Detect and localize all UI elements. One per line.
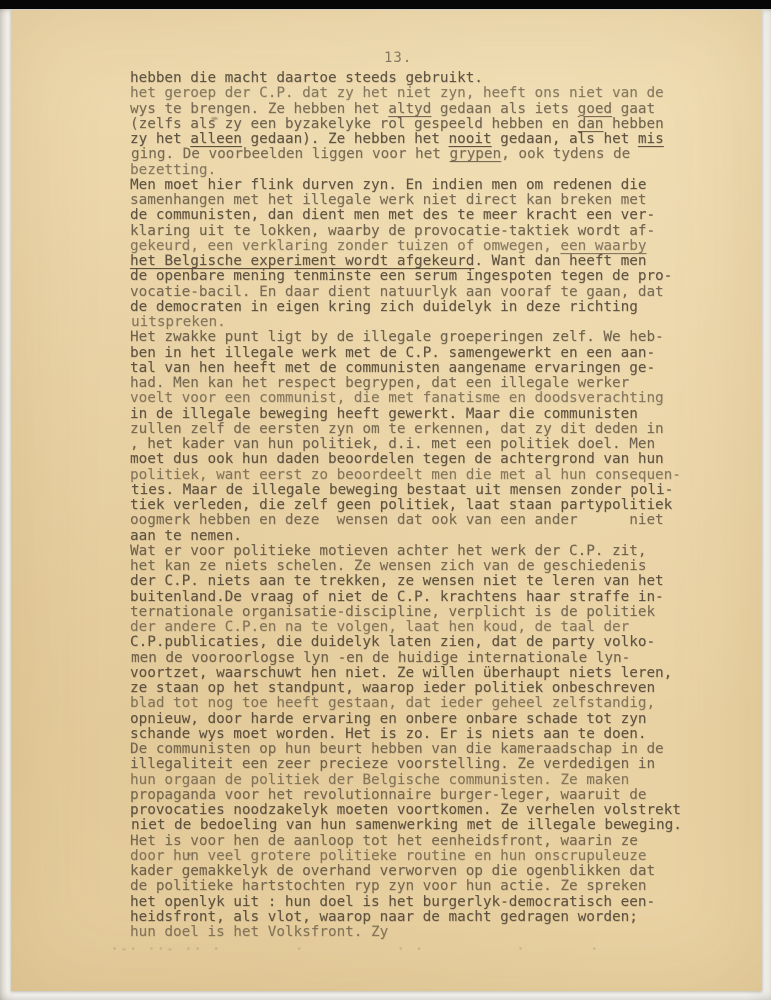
text-line: opnieuw, door harde ervaring en onbere o… xyxy=(130,712,705,727)
text-line: moet dus ook hun daden beoordelen tegen … xyxy=(130,452,705,467)
text-line: ging. De voorbeelden liggen voor het gry… xyxy=(131,147,706,162)
text-line: der andere C.P.en na te volgen, laat hen… xyxy=(130,620,705,635)
text-line: der C.P. niets aan te trekken, ze wensen… xyxy=(130,574,705,589)
text-line: provocaties noodzakelyk moeten voortkome… xyxy=(130,803,705,818)
text-line: ties. Maar de illegale beweging bestaat … xyxy=(131,483,706,498)
text-line: gekeurd, een verklaring zonder tuizen of… xyxy=(130,239,705,254)
text-line: Het is voor hen de aanloop tot het eenhe… xyxy=(130,834,705,849)
text-line: de democraten in eigen kring zich duidel… xyxy=(130,300,705,315)
text-line: samenhangen met het illegale werk niet d… xyxy=(130,193,705,208)
text-line: schande wys moet worden. Het is zo. Er i… xyxy=(130,727,705,742)
text-line: klaring uit te lokken, waarby de provoca… xyxy=(130,224,705,239)
text-line: de openbare mening tenminste een serum i… xyxy=(130,269,705,284)
text-line: propaganda voor het revolutionnaire burg… xyxy=(130,788,705,803)
text-line: Men moet hier flink durven zyn. En indie… xyxy=(130,178,705,193)
text-line: aan te nemen. xyxy=(130,529,705,544)
text-line: de politieke hartstochten ryp zyn voor h… xyxy=(130,879,705,894)
text-line: politiek, want eerst zo beoordeelt men d… xyxy=(130,468,705,483)
text-line: blad tot nog toe heeft gestaan, dat iede… xyxy=(130,696,705,711)
text-line: bezetting. xyxy=(130,163,705,178)
scan-edge-top xyxy=(0,0,771,9)
text-line: hun orgaan de politiek der Belgische com… xyxy=(130,773,705,788)
text-line: tal van hen heeft met de communisten aan… xyxy=(130,361,705,376)
paper-speck xyxy=(211,117,218,120)
text-line: C.P.publicaties, die duidelyk laten zien… xyxy=(130,635,705,650)
text-line: het Belgische experiment wordt afgekeurd… xyxy=(130,254,705,269)
page-number: 13. xyxy=(384,50,412,66)
text-line: men de vooroorlogse lyn -en de huidige i… xyxy=(131,651,706,666)
text-line: illegaliteit een zeer precieze voorstell… xyxy=(130,757,705,772)
text-line: voortzet, waarschuwt hen niet. Ze willen… xyxy=(130,666,705,681)
text-line: het geroep der C.P. dat zy het niet zyn,… xyxy=(130,86,705,101)
text-line: ze staan op het standpunt, waarop ieder … xyxy=(130,681,705,696)
text-line: kader gemakkelyk de overhand verworven o… xyxy=(130,864,705,879)
ink-smudge: ·-· ··- ·· · · · · · · xyxy=(111,942,671,956)
text-line: ternationale organisatie-discipline, ver… xyxy=(130,605,705,620)
text-line: oogmerk hebben en deze wensen dat ook va… xyxy=(130,513,705,528)
text-line: het kan ze niets schelen. Ze wensen zich… xyxy=(130,559,705,574)
text-line: tiek verleden, die zelf geen politiek, l… xyxy=(130,498,705,513)
paper-speck xyxy=(466,180,469,183)
text-line: ben in het illegale werk met de C.P. sam… xyxy=(130,346,705,361)
text-line: zy het alleen gedaan). Ze hebben het noo… xyxy=(130,132,705,147)
text-line: heidsfront, als vlot, waarop naar de mac… xyxy=(130,910,705,925)
text-line: Het zwakke punt ligt by de illegale groe… xyxy=(130,330,705,345)
text-line: , het kader van hun politiek, d.i. met e… xyxy=(130,437,705,452)
text-line: de communisten, dan dient men met des te… xyxy=(130,208,705,223)
scan-canvas: 13. hebben die macht daartoe steeds gebr… xyxy=(0,0,771,1000)
text-line: door hun veel grotere politieke routine … xyxy=(130,849,705,864)
text-line: in de illegale beweging heeft gewerkt. M… xyxy=(130,407,705,422)
text-line: De communisten op hun beurt hebben van d… xyxy=(130,742,705,757)
text-line: vocatie-bacil. En daar dient natuurlyk a… xyxy=(130,285,705,300)
text-line: voelt voor een communist, die met fanati… xyxy=(130,391,705,406)
document-page: 13. hebben die macht daartoe steeds gebr… xyxy=(11,10,762,991)
text-line: niet de bedoeling van hun samenwerking m… xyxy=(131,818,706,833)
text-line: uitspreken. xyxy=(131,315,706,330)
text-line: had. Men kan het respect begrypen, dat e… xyxy=(130,376,705,391)
text-line: hebben die macht daartoe steeds gebruikt… xyxy=(130,71,705,86)
text-line: het openlyk uit : hun doel is het burger… xyxy=(130,895,705,910)
text-line: Wat er voor politieke motieven achter he… xyxy=(130,544,705,559)
text-line: zullen zelf de eersten zyn om te erkenne… xyxy=(130,422,705,437)
text-line: hun doel is het Volksfront. Zy xyxy=(130,925,705,940)
typewritten-text-block: hebben die macht daartoe steeds gebruikt… xyxy=(130,71,705,940)
paper-speck xyxy=(187,853,192,856)
text-line: wys te brengen. Ze hebben het altyd geda… xyxy=(130,102,705,117)
text-line: buitenland.De vraag of niet de C.P. krac… xyxy=(130,590,705,605)
